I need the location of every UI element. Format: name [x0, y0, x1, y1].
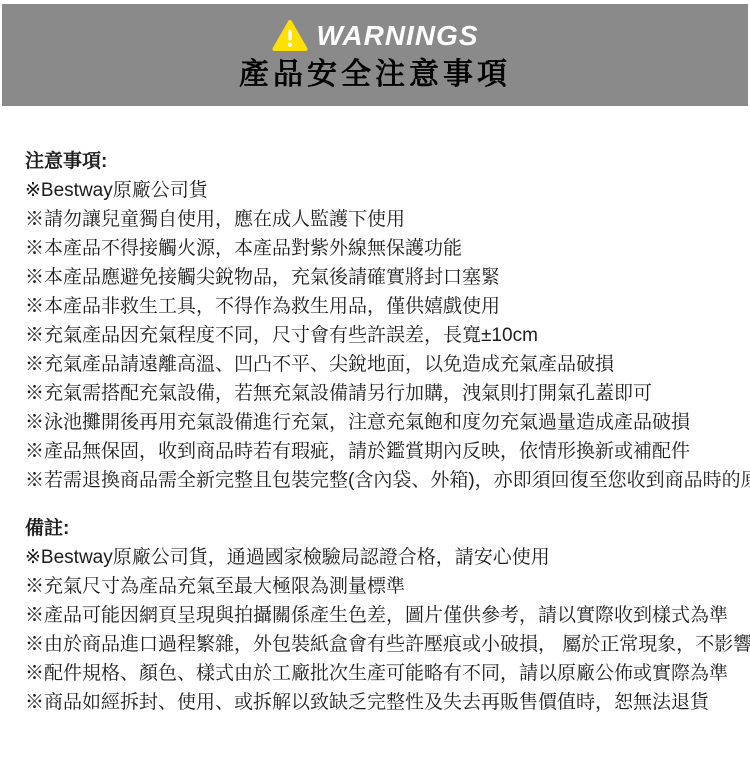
notice-item: ※若需退換商品需全新完整且包裝完整(含內袋、外箱)，亦即須回復至您收到商品時的原…: [25, 466, 746, 495]
notice-item: ※充氣需搭配充氣設備，若無充氣設備請另行加購，洩氣則打開氣孔蓋即可: [25, 379, 746, 408]
notice-section: 備註: ※Bestway原廠公司貨，通過國家檢驗局認證合格，請安心使用 ※充氣尺…: [25, 514, 746, 717]
section-heading: 注意事項:: [25, 147, 746, 176]
notice-item: ※充氣產品請遠離高溫、凹凸不平、尖銳地面，以免造成充氣產品破損: [25, 350, 746, 379]
warnings-banner: WARNINGS 產品安全注意事項: [2, 4, 748, 106]
notice-item: ※請勿讓兒童獨自使用，應在成人監護下使用: [25, 205, 746, 234]
section-heading: 備註:: [25, 514, 746, 543]
notice-item: ※充氣產品因充氣程度不同，尺寸會有些許誤差，長寬±10cm: [25, 321, 746, 350]
notice-section: 注意事項: ※Bestway原廠公司貨 ※請勿讓兒童獨自使用，應在成人監護下使用…: [25, 147, 746, 495]
warning-triangle-icon: [272, 19, 308, 52]
notice-item: ※產品可能因網頁呈現與拍攝關係產生色差，圖片僅供參考，請以實際收到樣式為準: [25, 601, 746, 630]
notice-list: ※Bestway原廠公司貨 ※請勿讓兒童獨自使用，應在成人監護下使用 ※本產品不…: [25, 176, 746, 495]
notice-item: ※本產品不得接觸火源，本產品對紫外線無保護功能: [25, 234, 746, 263]
notice-item: ※泳池攤開後再用充氣設備進行充氣，注意充氣飽和度勿充氣過量造成產品破損: [25, 408, 746, 437]
notice-list: ※Bestway原廠公司貨，通過國家檢驗局認證合格，請安心使用 ※充氣尺寸為產品…: [25, 543, 746, 717]
notice-item: ※商品如經拆封、使用、或拆解以致缺乏完整性及失去再販售價值時，恕無法退貨: [25, 688, 746, 717]
notice-item: ※配件規格、顏色、樣式由於工廠批次生產可能略有不同，請以原廠公佈或實際為準: [25, 659, 746, 688]
warnings-header-row: WARNINGS: [272, 19, 479, 52]
notice-item: ※充氣尺寸為產品充氣至最大極限為測量標準: [25, 572, 746, 601]
warnings-content: 注意事項: ※Bestway原廠公司貨 ※請勿讓兒童獨自使用，應在成人監護下使用…: [0, 106, 750, 717]
notice-item: ※產品無保固，收到商品時若有瑕疵，請於鑑賞期內反映，依情形換新或補配件: [25, 437, 746, 466]
notice-item: ※由於商品進口過程繁雜，外包裝紙盒會有些許壓痕或小破損， 屬於正常現象，不影響內…: [25, 630, 746, 659]
notice-item: ※本產品非救生工具，不得作為救生用品，僅供嬉戲使用: [25, 292, 746, 321]
page-title: 產品安全注意事項: [239, 58, 511, 91]
warnings-label: WARNINGS: [317, 20, 479, 52]
notice-item: ※Bestway原廠公司貨，通過國家檢驗局認證合格，請安心使用: [25, 543, 746, 572]
notice-item: ※Bestway原廠公司貨: [25, 176, 746, 205]
notice-item: ※本產品應避免接觸尖銳物品，充氣後請確實將封口塞緊: [25, 263, 746, 292]
